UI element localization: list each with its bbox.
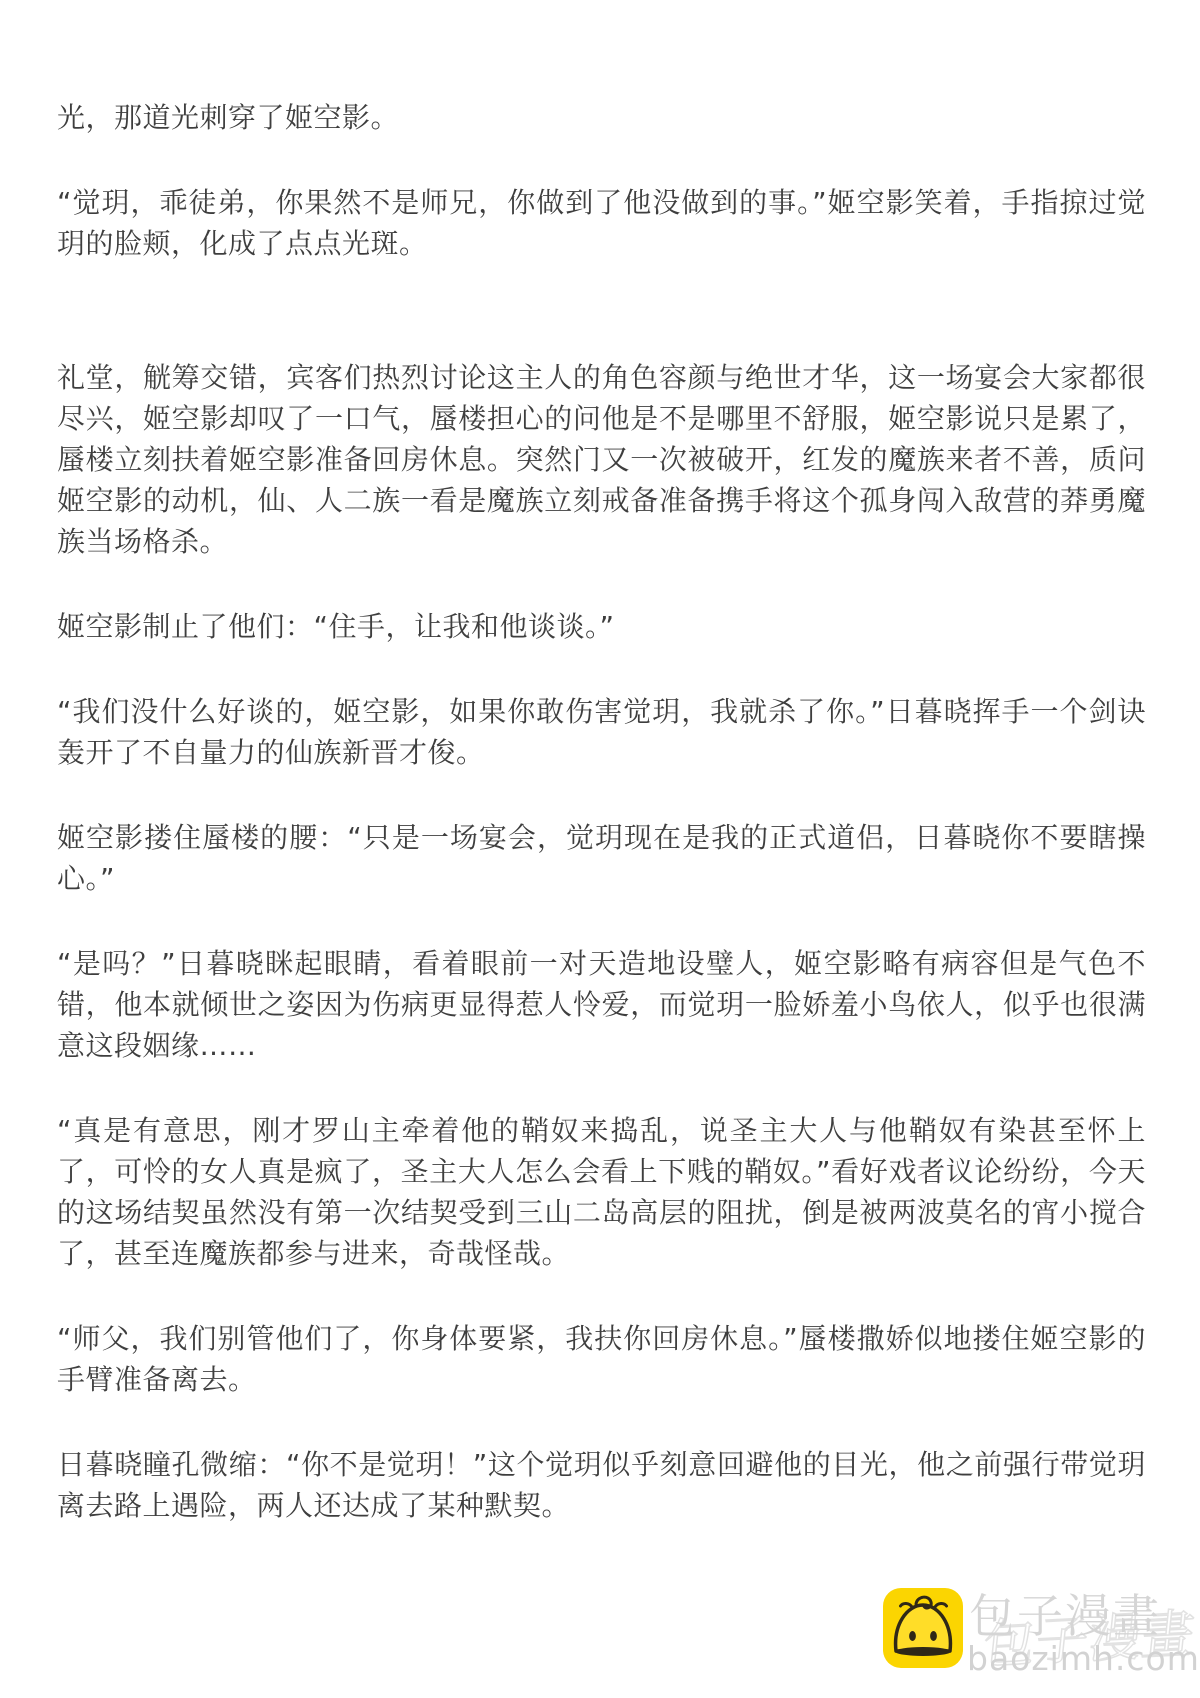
baozi-bun-icon (883, 1588, 963, 1668)
paragraph: “我们没什么好谈的，姬空影，如果你敢伤害觉玥，我就杀了你。”日暮晓挥手一个剑诀轰… (57, 691, 1146, 773)
paragraph: “师父，我们别管他们了，你身体要紧，我扶你回房休息。”蜃楼撒娇似地搂住姬空影的手… (57, 1318, 1146, 1400)
paragraph: 日暮晓瞳孔微缩：“你不是觉玥！”这个觉玥似乎刻意回避他的目光，他之前强行带觉玥离… (57, 1444, 1146, 1526)
paragraph: 姬空影制止了他们：“住手，让我和他谈谈。” (57, 606, 1146, 647)
novel-text: 光，那道光刺穿了姬空影。 “觉玥，乖徒弟，你果然不是师兄，你做到了他没做到的事。… (57, 97, 1146, 1526)
paragraph: “是吗？”日暮晓眯起眼睛，看着眼前一对天造地设璧人，姬空影略有病容但是气色不错，… (57, 943, 1146, 1066)
paragraph: 姬空影搂住蜃楼的腰：“只是一场宴会，觉玥现在是我的正式道侣，日暮晓你不要瞎操心。… (57, 817, 1146, 899)
site-watermark: 包子漫畫 包子漫畫 baozimh.com (883, 1588, 1183, 1680)
paragraph: “真是有意思，刚才罗山主牵着他的鞘奴来捣乱，说圣主大人与他鞘奴有染甚至怀上了，可… (57, 1110, 1146, 1274)
watermark-site-url: baozimh.com (967, 1642, 1200, 1675)
paragraph: 礼堂，觥筹交错，宾客们热烈讨论这主人的角色容颜与绝世才华，这一场宴会大家都很尽兴… (57, 357, 1146, 562)
watermark-site-name: 包子漫畫 (969, 1593, 1161, 1639)
paragraph: 光，那道光刺穿了姬空影。 (57, 97, 1146, 138)
paragraph: “觉玥，乖徒弟，你果然不是师兄，你做到了他没做到的事。”姬空影笑着，手指掠过觉玥… (57, 182, 1146, 264)
novel-reader-page: 光，那道光刺穿了姬空影。 “觉玥，乖徒弟，你果然不是师兄，你做到了他没做到的事。… (0, 0, 1200, 1698)
